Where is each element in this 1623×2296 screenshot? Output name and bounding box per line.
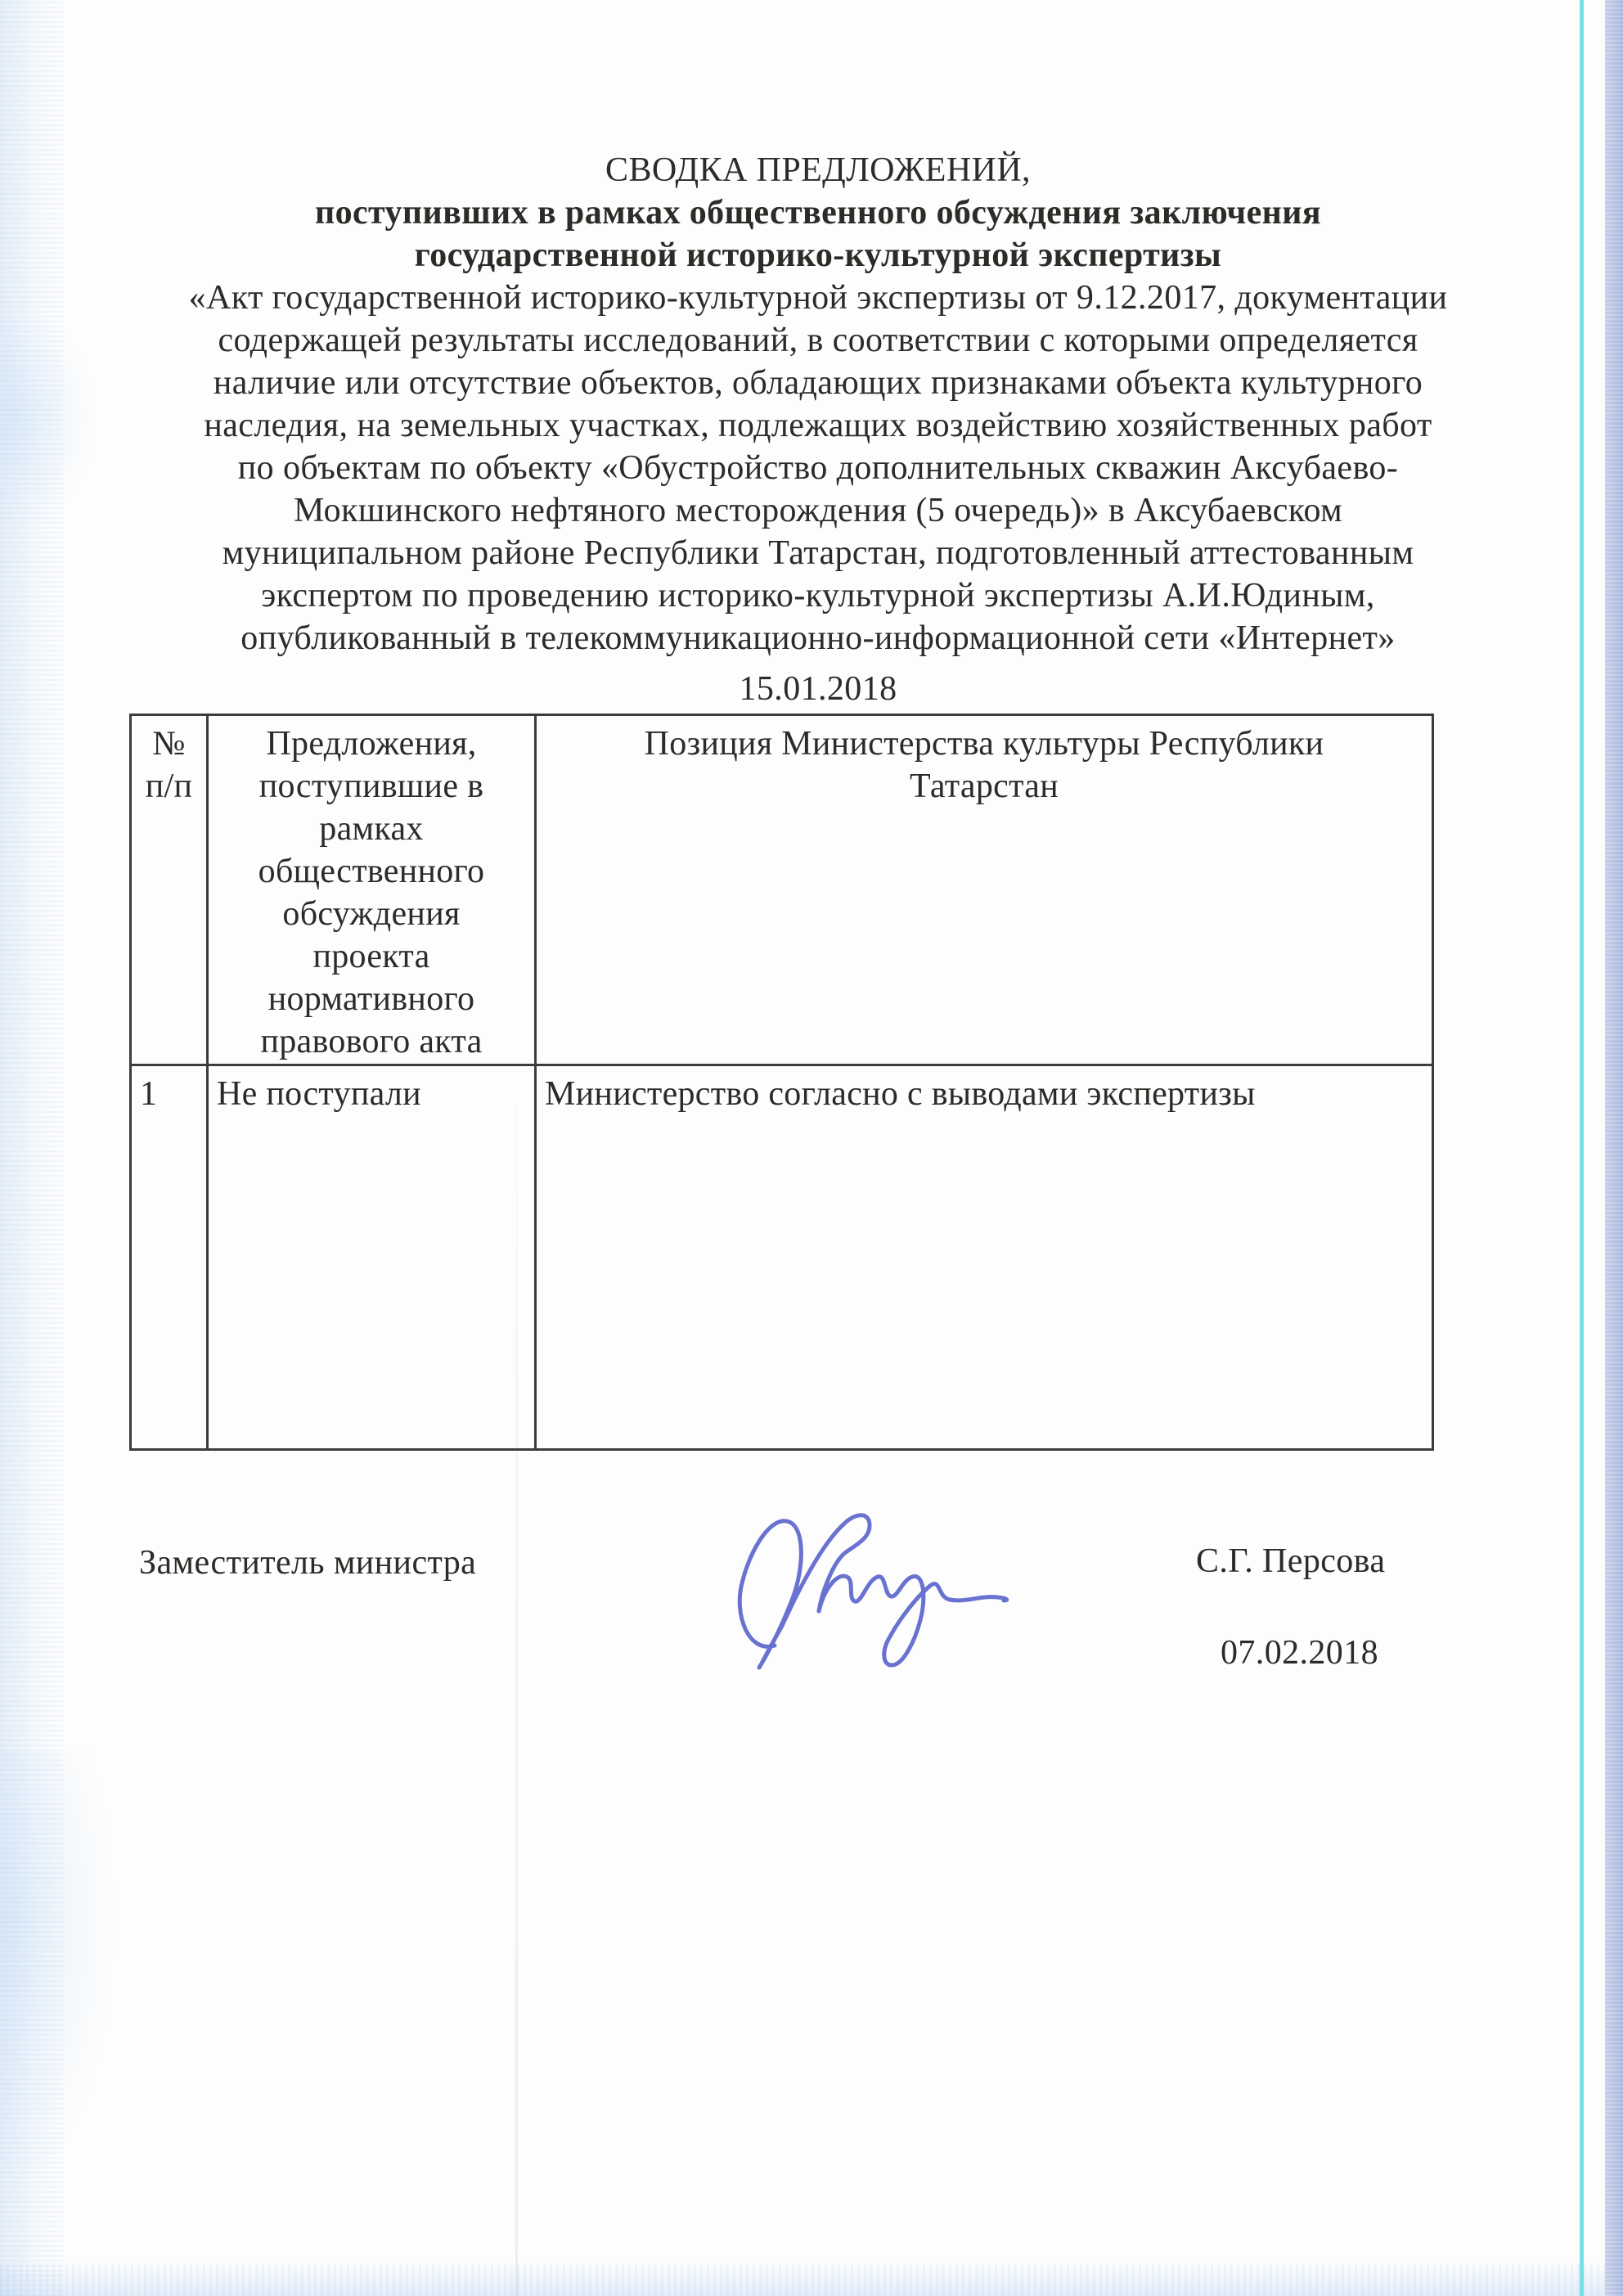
publication-date: 15.01.2018 — [123, 668, 1513, 710]
intro-line: наследия, на земельных участках, подлежа… — [123, 404, 1513, 447]
header-num-line: № — [140, 723, 198, 765]
header-proposals-line: проекта — [217, 935, 526, 978]
table-header-proposals: Предложения, поступившие в рамках общест… — [208, 715, 536, 1065]
document-page: СВОДКА ПРЕДЛОЖЕНИЙ, поступивших в рамках… — [0, 0, 1623, 2296]
document-title: СВОДКА ПРЕДЛОЖЕНИЙ, — [123, 149, 1513, 191]
intro-line: муниципальном районе Республики Татарста… — [123, 532, 1513, 574]
header-position-line: Позиция Министерства культуры Республики — [545, 723, 1423, 765]
header-num-line: п/п — [140, 765, 198, 808]
signature-date: 07.02.2018 — [1221, 1633, 1378, 1672]
header-proposals-line: рамках — [217, 808, 526, 850]
scan-noise-blotch — [0, 1751, 115, 2177]
row-position-cell: Министерство согласно с выводами эксперт… — [536, 1065, 1433, 1450]
row-number-cell: 1 — [131, 1065, 208, 1450]
intro-line: экспертом по проведению историко-культур… — [123, 574, 1513, 617]
scan-noise-blotch — [0, 311, 98, 524]
intro-block: СВОДКА ПРЕДЛОЖЕНИЙ, поступивших в рамках… — [123, 149, 1513, 710]
intro-line: Мокшинского нефтяного месторождения (5 о… — [123, 489, 1513, 532]
table-header-position: Позиция Министерства культуры Республики… — [536, 715, 1433, 1065]
signer-name: С.Г. Персова — [1196, 1542, 1385, 1581]
intro-line: опубликованный в телекоммуникационно-инф… — [123, 617, 1513, 660]
signer-position-label: Заместитель министра — [139, 1543, 476, 1582]
intro-line: содержащей результаты исследований, в со… — [123, 319, 1513, 362]
summary-table: № п/п Предложения, поступившие в рамках … — [129, 714, 1434, 1451]
header-proposals-line: общественного — [217, 850, 526, 893]
intro-line: по объектам по объекту «Обустройство доп… — [123, 447, 1513, 489]
header-proposals-line: обсуждения — [217, 893, 526, 935]
table-header-num: № п/п — [131, 715, 208, 1065]
scan-right-band — [1605, 0, 1623, 2296]
table-row: 1 Не поступали Министерство согласно с в… — [131, 1065, 1433, 1450]
header-position-line: Татарстан — [545, 765, 1423, 808]
handwritten-signature — [724, 1492, 1014, 1680]
table-header-row: № п/п Предложения, поступившие в рамках … — [131, 715, 1433, 1065]
header-proposals-line: поступившие в — [217, 765, 526, 808]
header-proposals-line: Предложения, — [217, 723, 526, 765]
title-subline: государственной историко-культурной эксп… — [123, 234, 1513, 277]
scan-noise-bottom-edge — [0, 2263, 1623, 2296]
intro-line: наличие или отсутствие объектов, обладаю… — [123, 362, 1513, 404]
header-proposals-line: правового акта — [217, 1020, 526, 1063]
title-subline: поступивших в рамках общественного обсуж… — [123, 191, 1513, 234]
scan-cyan-line — [1580, 0, 1584, 2296]
row-proposals-cell: Не поступали — [208, 1065, 536, 1450]
intro-line: «Акт государственной историко-культурной… — [123, 277, 1513, 319]
header-proposals-line: нормативного — [217, 978, 526, 1020]
